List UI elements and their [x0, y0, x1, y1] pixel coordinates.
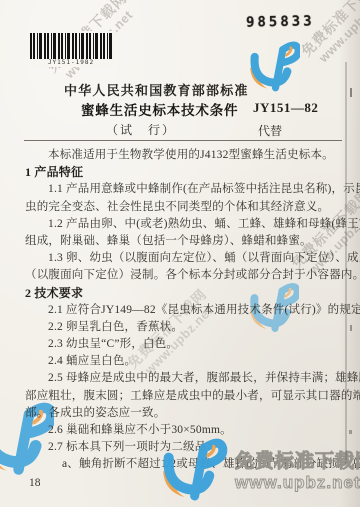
document-body: 本标准适用于生物教学使用的J4132型蜜蜂生活史标本。 1 产品特征 1.1 产…	[25, 147, 343, 474]
document-line: 2.2 卵呈乳白色，香蕉状。	[25, 319, 343, 336]
scanned-standard-page: 免费标准下载网 www.upbz.net 免费标准下载网 www.upbz.ne…	[0, 0, 360, 507]
document-line: 本标准适用于生物教学使用的J4132型蜜蜂生活史标本。	[25, 147, 343, 164]
section-heading: 2 技术要求	[25, 285, 343, 302]
authority-line: 中华人民共和国教育部部标准	[64, 80, 249, 99]
document-line: 2.7 标本具下列一项时为二级品：	[25, 439, 343, 456]
scan-mark	[350, 325, 352, 331]
replaces-label: 代替	[258, 122, 282, 139]
document-line: 2.4 蛹应呈白色。	[25, 353, 343, 370]
watermark-site-name: 免费标准下载网	[282, 0, 360, 76]
upbz-logo-icon	[242, 35, 300, 97]
document-line: 部。各成虫的姿态应一致。	[25, 405, 343, 422]
document-line: 1.1 产品用意蜂或中蜂制作(在产品标签中括注昆虫名称)，示昆	[25, 181, 343, 198]
barcode-bars	[30, 33, 112, 59]
stamp-number: 985833	[246, 13, 315, 30]
document-line: 2.3 幼虫呈“C”形，白色。	[25, 336, 343, 353]
barcode-label: JY151-1982	[30, 59, 112, 66]
document-line: 2.6 巢础和蜂巢应不小于30×50mm。	[25, 422, 343, 439]
document-line: 2.5 母蜂应是成虫中的最大者，腹部最长，并保持丰满；雄蜂腹	[25, 370, 343, 387]
scan-mark	[350, 88, 352, 97]
document-line: （以腹面向下定位）浸制。各个标本分封或部分合封于小容器内。	[25, 267, 343, 284]
scan-mark	[349, 430, 352, 434]
document-line: 2.1 应符合JY149—82《昆虫标本通用技术条件(试行)》的规定。	[25, 302, 343, 319]
page-number: 18	[29, 477, 41, 489]
trial-label: （试 行）	[106, 121, 176, 138]
document-line: 部应粗壮，腹末圆；工蜂应是成虫中的最小者，可显示其口器的端	[25, 388, 343, 405]
document-line: 1.3 卵、幼虫（以腹面向左定位）、蛹（以背面向下定位）、成虫	[25, 250, 343, 267]
document-line: a、触角折断不超过1/2或母蜂、雄蜂的跗节有部分缺损，总共不	[25, 456, 343, 473]
document-line: 虫的完全变态、社会性昆虫不同类型的个体和其经济意义。	[25, 199, 343, 216]
page-title: 蜜蜂生活史标本技术条件	[81, 99, 238, 119]
barcode: JY151-1982	[27, 31, 115, 67]
section-heading: 1 产品特征	[25, 164, 343, 181]
document-line: 组成，附巢础、蜂巢（包括一个母蜂房）、蜂蜡和蜂蜜。	[25, 233, 343, 250]
header-divider	[24, 140, 342, 141]
document-line: 1.2 产品由卵、中(或老)熟幼虫、蛹、工蜂、雄蜂和母蜂(蜂王)	[25, 216, 343, 233]
scan-crease-line	[345, 62, 347, 464]
standard-number: JY151—82	[253, 100, 318, 116]
watermark-site-url: www.upbz.net	[235, 473, 360, 493]
